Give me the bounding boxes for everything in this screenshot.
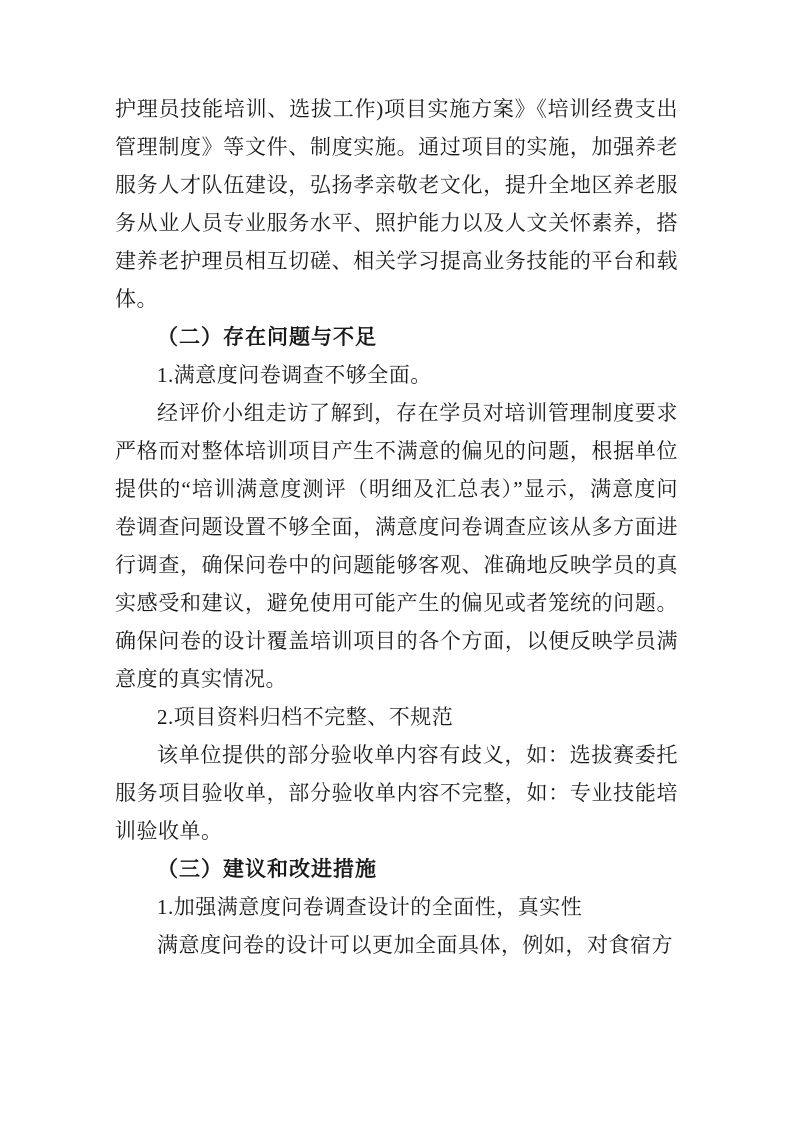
section-heading-3: （三）建议和改进措施 xyxy=(115,850,678,888)
paragraph-continuation: 护理员技能培训、选拔工作)项目实施方案》《培训经费支出管理制度》等文件、制度实施… xyxy=(115,90,678,318)
numbered-point-1: 1.满意度问卷调查不够全面。 xyxy=(115,356,678,394)
paragraph-suggestion-detail: 满意度问卷的设计可以更加全面具体，例如，对食宿方 xyxy=(115,926,678,964)
document-page: 护理员技能培训、选拔工作)项目实施方案》《培训经费支出管理制度》等文件、制度实施… xyxy=(0,0,793,1122)
paragraph-survey-detail: 经评价小组走访了解到，存在学员对培训管理制度要求严格而对整体培训项目产生不满意的… xyxy=(115,394,678,698)
numbered-point-2: 2.项目资料归档不完整、不规范 xyxy=(115,698,678,736)
numbered-suggestion-1: 1.加强满意度问卷调查设计的全面性，真实性 xyxy=(115,888,678,926)
section-heading-2: （二）存在问题与不足 xyxy=(115,318,678,356)
paragraph-archive-detail: 该单位提供的部分验收单内容有歧义，如：选拔赛委托服务项目验收单，部分验收单内容不… xyxy=(115,736,678,850)
page-text-content: 护理员技能培训、选拔工作)项目实施方案》《培训经费支出管理制度》等文件、制度实施… xyxy=(115,90,678,964)
